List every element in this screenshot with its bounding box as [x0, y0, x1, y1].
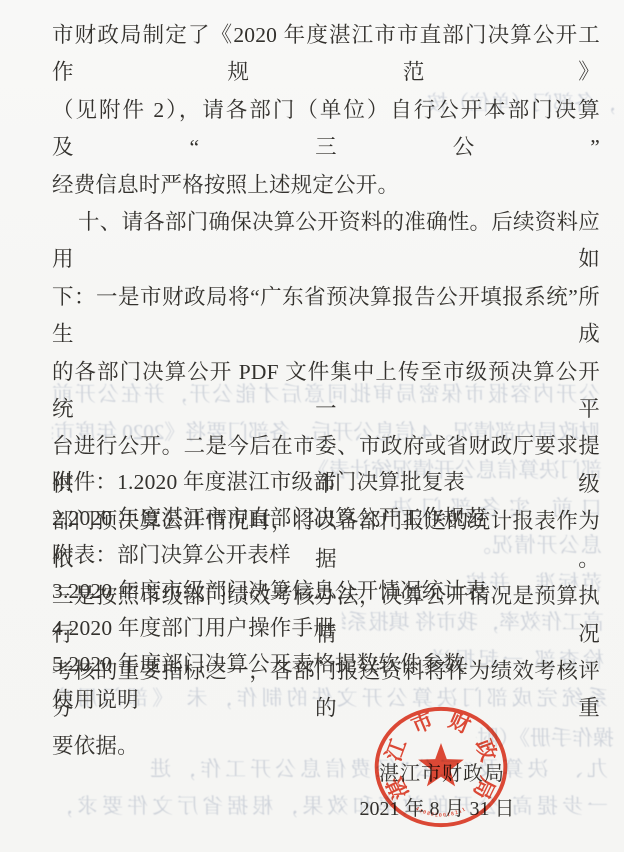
- seal-serial-number: 4408020018211: [414, 806, 467, 819]
- attachment-list: 附件：1.2020 年度湛江市级部门决算批复表 2.2020 年度湛江市市直部门…: [52, 464, 612, 719]
- body-line: 要依据。: [52, 728, 600, 765]
- document-page: ，各部门（单位）按一 公开内容报市保密局审批同意后才能公开，并在公开前 财政局内…: [0, 0, 624, 852]
- svg-text:市: 市: [408, 708, 437, 738]
- svg-text:财: 财: [445, 707, 475, 739]
- body-line: 市财政局制定了《2020 年度湛江市市直部门决算公开工作规范》: [52, 17, 600, 92]
- attachment-line: 使用说明: [52, 682, 612, 718]
- body-line: （见附件 2），请各部门（单位）自行公开本部门决算及“三公”: [52, 92, 600, 167]
- document-content: 市财政局制定了《2020 年度湛江市市直部门决算公开工作规范》 （见附件 2），…: [0, 0, 624, 852]
- body-line: 的各部门决算公开 PDF 文件集中上传至市级预决算公开统一平: [52, 354, 600, 429]
- attachment-line: 4.2020 年度部门用户操作手册: [52, 610, 612, 646]
- attachment-line: 附表：部门决算公开表样: [52, 537, 612, 573]
- attachment-line: 3.2020 年度市级部门决算信息公开情况统计表: [52, 573, 612, 609]
- official-seal-stamp: 湛 江 市 财 政 局 4408020018211: [365, 696, 517, 838]
- body-line: 经费信息时严格按照上述规定公开。: [52, 167, 600, 204]
- attachment-line: 附件：1.2020 年度湛江市级部门决算批复表: [52, 464, 612, 500]
- body-line: 下：一是市财政局将“广东省预决算报告公开填报系统”所生成: [52, 279, 600, 354]
- star-icon: [418, 743, 464, 786]
- attachment-line: 5.2020 年度部门决算公开表格提数软件参数: [52, 646, 612, 682]
- body-line: 十、请各部门确保决算公开资料的准确性。后续资料应用如: [52, 204, 600, 279]
- attachment-line: 2.2020 年度湛江市市直部门决算公开工作规范: [52, 500, 612, 536]
